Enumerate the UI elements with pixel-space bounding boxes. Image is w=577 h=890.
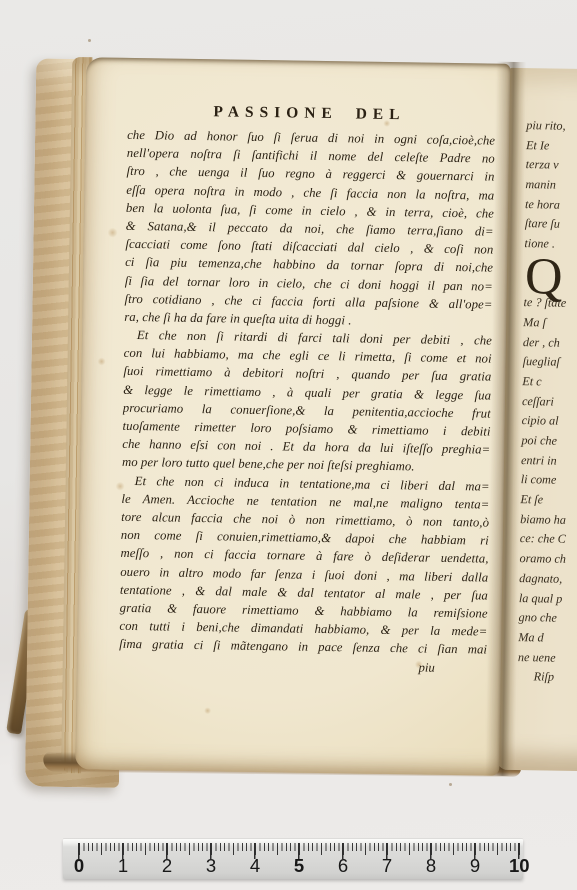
text-line-fragment: ceſſari xyxy=(522,394,577,416)
text-line-fragment: dagnato, xyxy=(519,571,577,593)
text-block: che Dio ad honor ſuo ſi ſerua di noi in … xyxy=(119,126,495,659)
ruler-number: 4 xyxy=(245,855,265,877)
text-line-fragment: ne uene xyxy=(518,650,577,672)
text-line-fragment xyxy=(524,256,577,278)
open-book: Q piu rito,Et Ieterza vmaninte horaſtare… xyxy=(25,48,529,798)
text-line-fragment: Ma d xyxy=(518,630,577,652)
text-line-fragment: Et c xyxy=(522,374,577,396)
ruler-number: 5 xyxy=(289,855,309,877)
ruler-number: 2 xyxy=(157,855,177,877)
running-title: PASSIONE DEL xyxy=(125,102,493,126)
text-line-fragment xyxy=(524,276,577,298)
catchword: piu xyxy=(119,656,487,677)
ruler-number: 6 xyxy=(333,855,353,877)
text-line-fragment: Ma ſ xyxy=(523,315,577,337)
text-line-fragment: la qual p xyxy=(519,591,577,613)
left-page: PASSIONE DEL che Dio ad honor ſuo ſi ſer… xyxy=(75,57,510,776)
ruler-number: 0 xyxy=(69,855,89,877)
text-line-fragment: Et ſe xyxy=(520,492,577,514)
ruler-number: 9 xyxy=(465,855,485,877)
text-line-fragment: ce: che C xyxy=(520,532,577,554)
fox-spot xyxy=(108,228,118,238)
text-line-fragment: ſtare ſu xyxy=(525,217,577,239)
text-line-fragment: poi che xyxy=(521,433,577,455)
text-line-fragment: piu rito, xyxy=(526,118,577,140)
ruler-numbers: 012345678910 xyxy=(69,855,529,877)
ruler-number: 7 xyxy=(377,855,397,877)
text-line-fragment: entri in xyxy=(521,453,577,475)
ruler-number: 8 xyxy=(421,855,441,877)
text-line-fragment: cipio al xyxy=(522,413,577,435)
text-line-fragment: Riſp xyxy=(517,669,577,691)
text-line-fragment: terza v xyxy=(526,158,577,180)
dust-speck xyxy=(88,39,91,42)
text-line-fragment: tione . xyxy=(524,236,577,258)
text-line-fragment: manin xyxy=(525,177,577,199)
text-line-fragment: te hora xyxy=(525,197,577,219)
text-line-fragment: der , ch xyxy=(523,335,577,357)
ruler: 012345678910 xyxy=(63,839,523,879)
text-line-fragment: gno che xyxy=(518,610,577,632)
fox-spot xyxy=(204,707,211,714)
ruler-number: 1 xyxy=(113,855,133,877)
text-line-fragment: ſuegliaſ xyxy=(522,354,577,376)
photo-background: Q piu rito,Et Ieterza vmaninte horaſtare… xyxy=(0,0,577,890)
text-line-fragment: li come xyxy=(521,472,577,494)
text-line-fragment: biamo ha xyxy=(520,512,577,534)
text-line-fragment: Et Ie xyxy=(526,138,577,160)
ruler-number: 10 xyxy=(509,855,529,877)
text-line-fragment: te ? ſtate xyxy=(523,295,577,317)
facing-page-text: piu rito,Et Ieterza vmaninte horaſtare ſ… xyxy=(517,118,577,691)
fox-spot xyxy=(98,357,106,365)
text-line-fragment: oramo ch xyxy=(519,551,577,573)
ruler-number: 3 xyxy=(201,855,221,877)
